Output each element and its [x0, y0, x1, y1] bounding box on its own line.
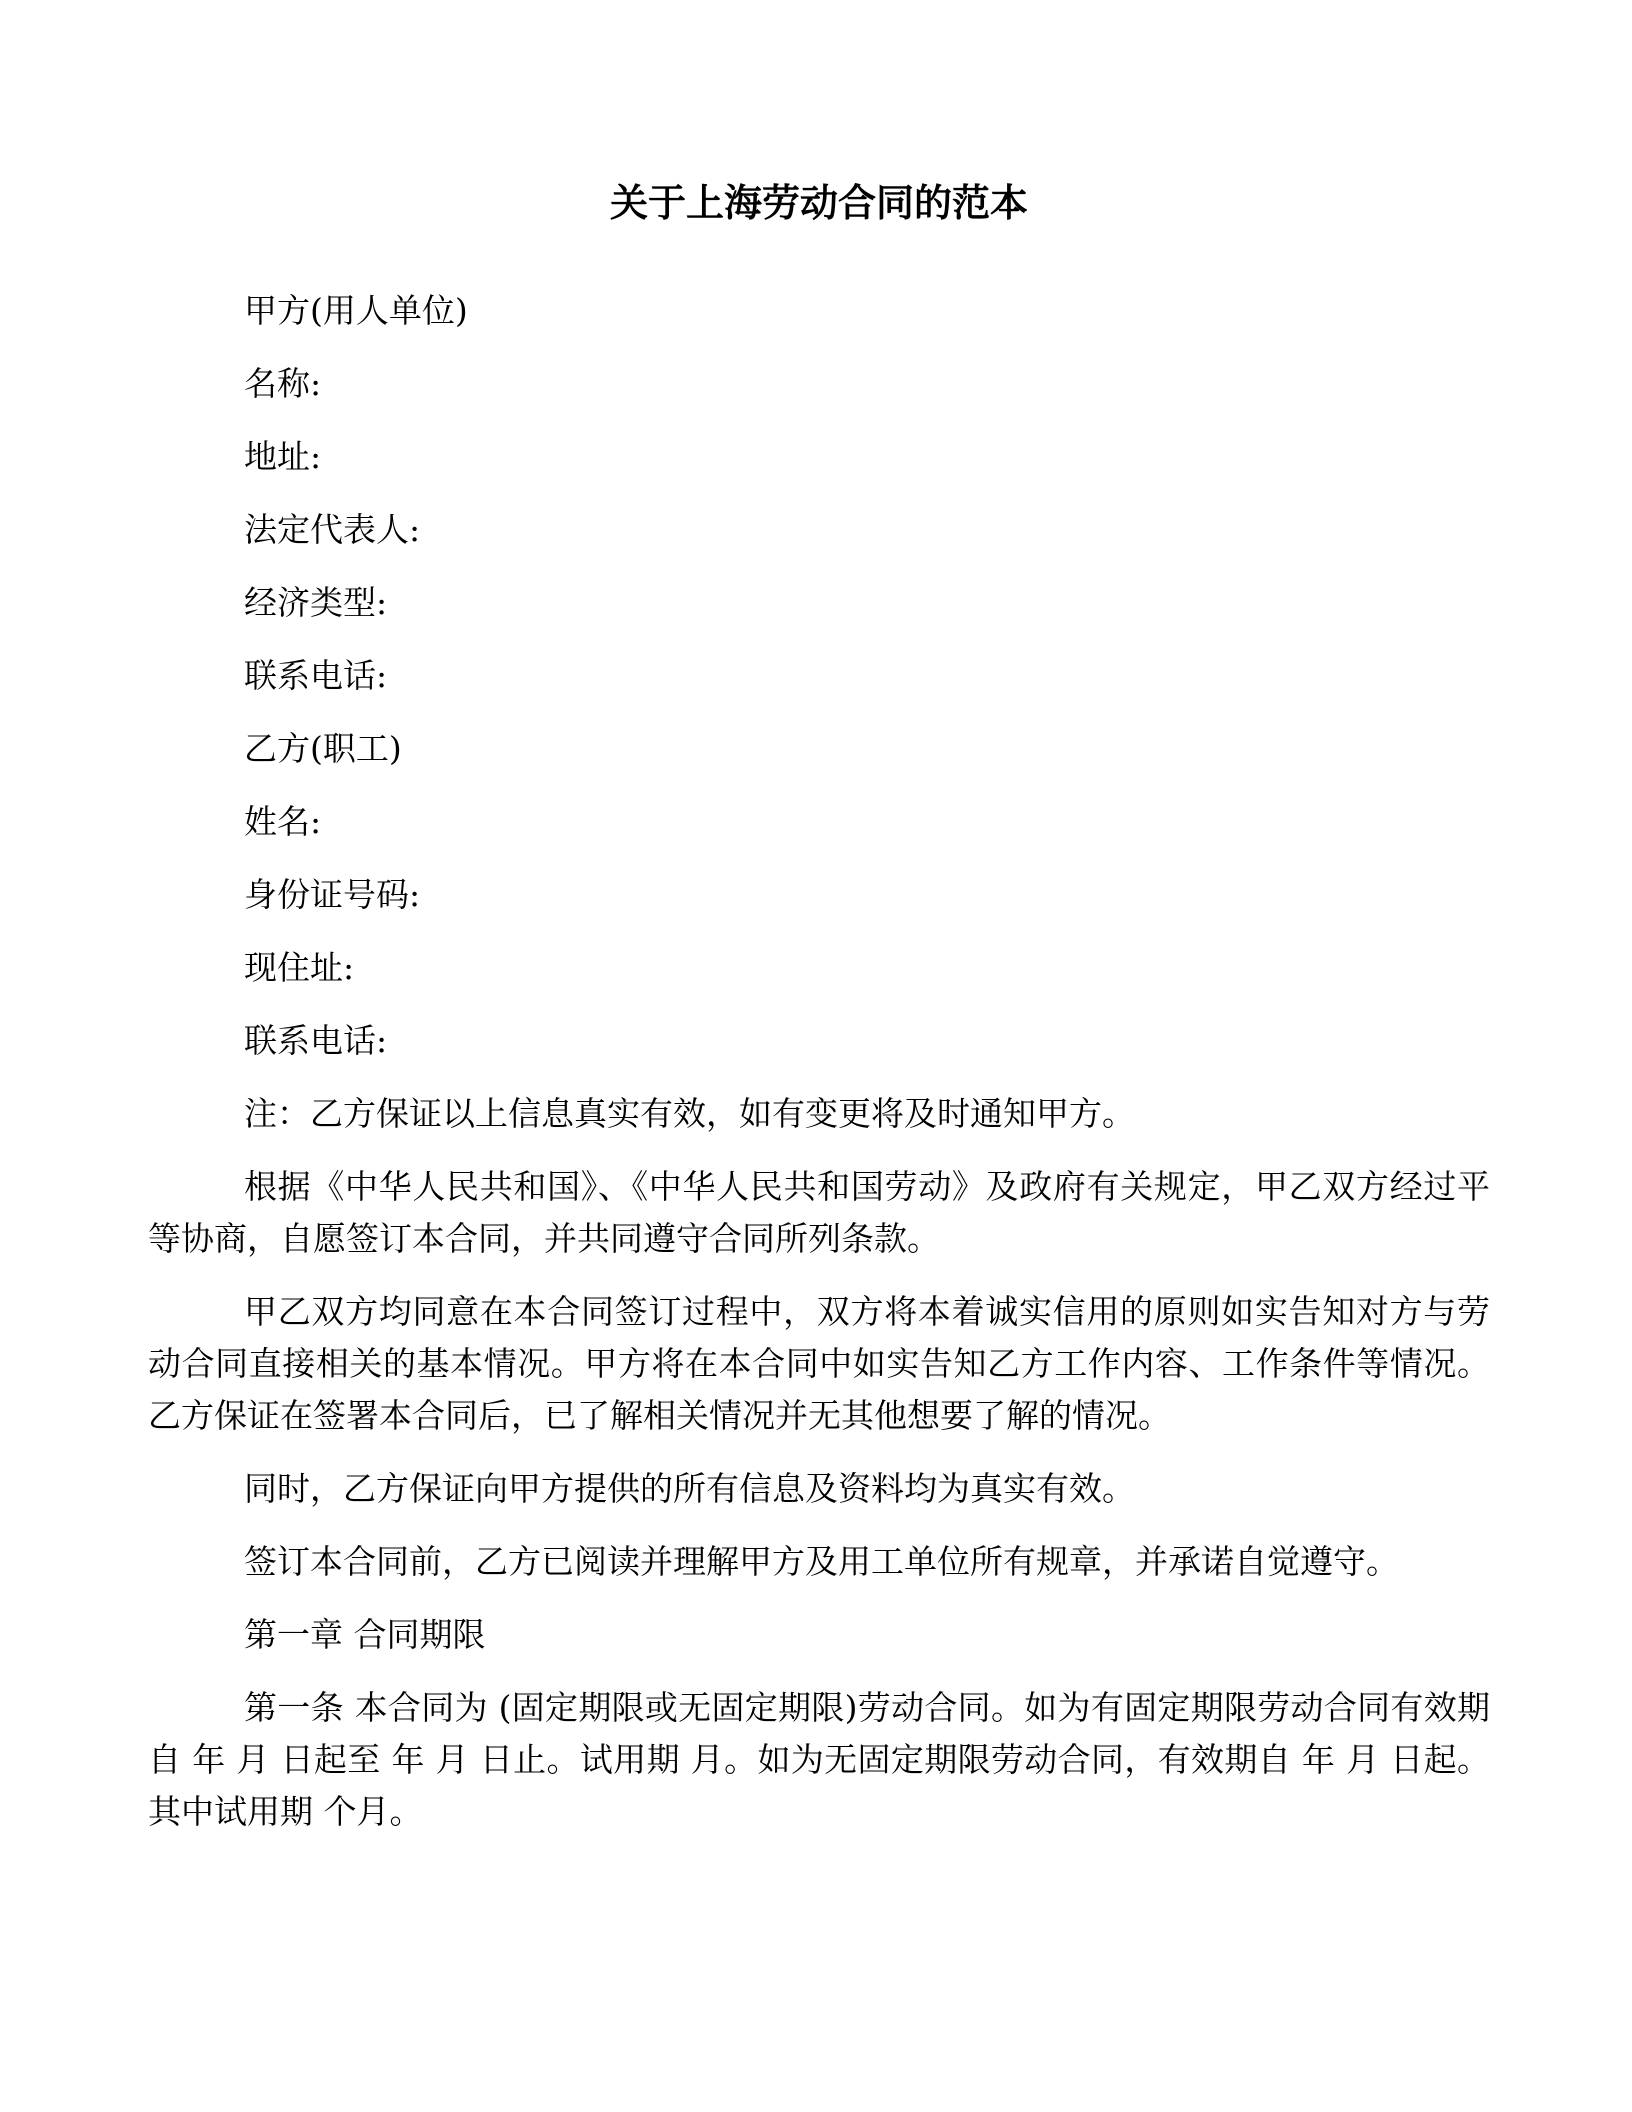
document-page: 关于上海劳动合同的范本 甲方(用人单位) 名称: 地址: 法定代表人: 经济类型…	[0, 0, 1632, 2112]
field-company-address: 地址:	[148, 431, 1490, 483]
honesty-disclosure-paragraph: 甲乙双方均同意在本合同签订过程中，双方将本着诚实信用的原则如实告知对方与劳动合同…	[148, 1286, 1490, 1442]
rules-read-paragraph: 签订本合同前，乙方已阅读并理解甲方及用工单位所有规章，并承诺自觉遵守。	[148, 1536, 1490, 1588]
field-employee-name: 姓名:	[148, 796, 1490, 848]
party-a-heading: 甲方(用人单位)	[148, 285, 1490, 337]
chapter-1-heading: 第一章 合同期限	[148, 1609, 1490, 1661]
document-title: 关于上海劳动合同的范本	[148, 178, 1490, 228]
field-company-name: 名称:	[148, 358, 1490, 410]
field-id-number: 身份证号码:	[148, 869, 1490, 921]
field-legal-representative: 法定代表人:	[148, 504, 1490, 556]
field-current-address: 现住址:	[148, 942, 1490, 994]
note-paragraph: 注：乙方保证以上信息真实有效，如有变更将及时通知甲方。	[148, 1088, 1490, 1140]
field-company-phone: 联系电话:	[148, 650, 1490, 702]
field-economic-type: 经济类型:	[148, 577, 1490, 629]
party-b-heading: 乙方(职工)	[148, 723, 1490, 775]
article-1-paragraph: 第一条 本合同为 (固定期限或无固定期限)劳动合同。如为有固定期限劳动合同有效期…	[148, 1682, 1490, 1838]
info-authenticity-paragraph: 同时，乙方保证向甲方提供的所有信息及资料均为真实有效。	[148, 1463, 1490, 1515]
field-employee-phone: 联系电话:	[148, 1015, 1490, 1067]
legal-basis-paragraph: 根据《中华人民共和国》、《中华人民共和国劳动》及政府有关规定，甲乙双方经过平等协…	[148, 1161, 1490, 1265]
